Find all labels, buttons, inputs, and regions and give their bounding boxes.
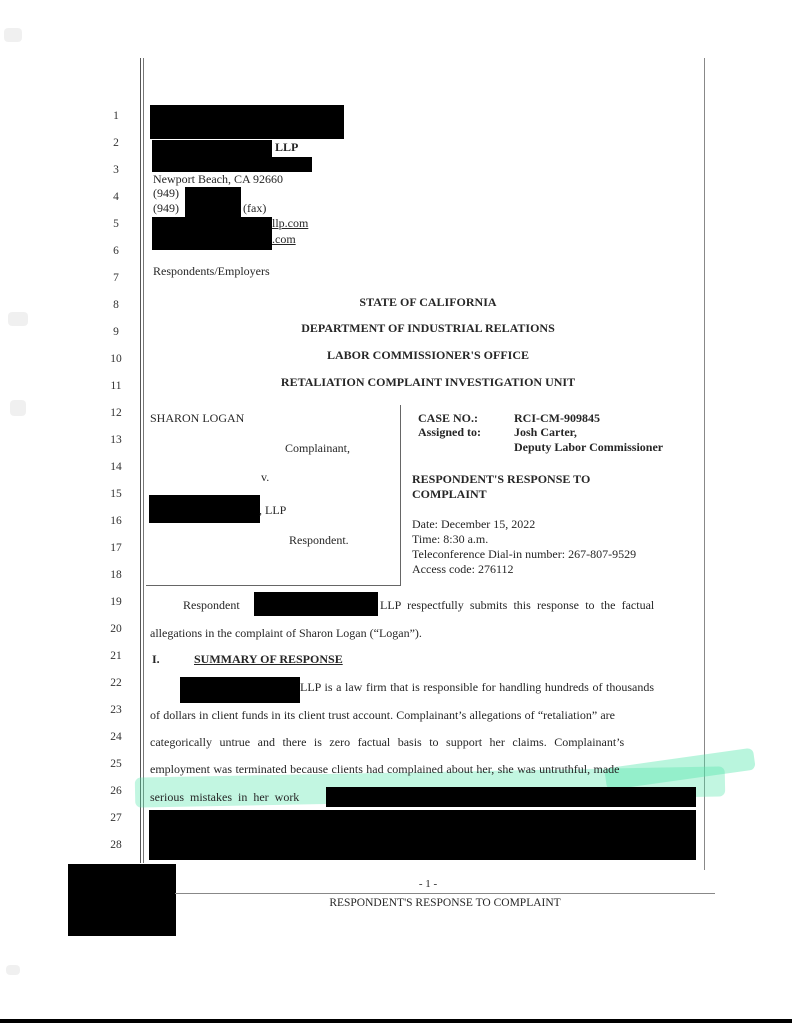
case-no-label: CASE NO.:	[418, 411, 478, 426]
line-20: allegations in the complaint of Sharon L…	[150, 626, 422, 641]
line-24: categorically untrue and there is zero f…	[150, 735, 624, 750]
party-label: Respondents/Employers	[153, 264, 270, 279]
line-23: of dollars in client funds in its client…	[150, 708, 615, 723]
assigned-label: Assigned to:	[418, 425, 481, 440]
agency-line-3: LABOR COMMISSIONER'S OFFICE	[150, 348, 706, 363]
scan-smudge	[8, 312, 28, 326]
line-25: employment was terminated because client…	[150, 762, 620, 777]
teleconference-number: Teleconference Dial-in number: 267-807-9…	[412, 547, 636, 562]
screen-bottom-edge	[0, 1019, 792, 1023]
section-number: I.	[152, 652, 160, 667]
line-number: 19	[104, 596, 128, 608]
case-no-value: RCI-CM-909845	[514, 411, 600, 426]
redaction-firm-line2	[152, 140, 272, 157]
line-number: 27	[104, 812, 128, 824]
line-number: 1	[104, 110, 128, 122]
line-number: 15	[104, 488, 128, 500]
respondent-label: Respondent.	[289, 533, 349, 548]
scan-smudge	[10, 400, 26, 416]
line-26: serious mistakes in her work	[150, 790, 299, 805]
line-number: 23	[104, 704, 128, 716]
line-19-end: LLP respectfully submits this response t…	[380, 598, 654, 613]
complainant-label: Complainant,	[285, 441, 350, 456]
line-number: 25	[104, 758, 128, 770]
document-title-line-2: COMPLAINT	[412, 487, 487, 502]
email-link-1[interactable]: llp.com	[272, 216, 308, 231]
agency-line-1: STATE OF CALIFORNIA	[150, 295, 706, 310]
line-number: 3	[104, 164, 128, 176]
line-number: 16	[104, 515, 128, 527]
line-number: 5	[104, 218, 128, 230]
redaction-firm-name-3	[180, 677, 300, 703]
line-number: 2	[104, 137, 128, 149]
line-number: 7	[104, 272, 128, 284]
firm-suffix: LLP	[275, 140, 298, 155]
complainant-name: SHARON LOGAN	[150, 411, 244, 426]
assigned-name: Josh Carter,	[514, 425, 577, 440]
line-number: 14	[104, 461, 128, 473]
document-title-line-1: RESPONDENT'S RESPONSE TO	[412, 472, 590, 487]
line-19-start: Respondent	[183, 598, 240, 613]
redaction-footer-stamp	[68, 864, 176, 936]
assigned-title: Deputy Labor Commissioner	[514, 440, 663, 455]
email-link-2[interactable]: .com	[272, 232, 296, 247]
line-number: 11	[104, 380, 128, 392]
line-number: 18	[104, 569, 128, 581]
firm-address: Newport Beach, CA 92660	[153, 172, 283, 187]
line-number: 8	[104, 299, 128, 311]
line-number: 6	[104, 245, 128, 257]
line-number: 17	[104, 542, 128, 554]
line-number: 13	[104, 434, 128, 446]
redaction-firm-name	[150, 105, 344, 139]
redaction-lines-27-28	[149, 810, 696, 860]
firm-fax-label: (949)	[153, 201, 179, 216]
redaction-phone-numbers	[185, 187, 241, 217]
footer-rule	[175, 893, 715, 894]
agency-line-4: RETALIATION COMPLAINT INVESTIGATION UNIT	[150, 375, 706, 390]
line-22: LLP is a law firm that is responsible fo…	[300, 680, 654, 695]
line-number: 28	[104, 839, 128, 851]
redaction-emails	[152, 217, 272, 250]
scan-smudge	[4, 28, 22, 42]
line-number: 10	[104, 353, 128, 365]
line-number: 12	[104, 407, 128, 419]
scan-smudge	[6, 965, 20, 975]
line-number: 22	[104, 677, 128, 689]
left-margin-rule-inner	[143, 58, 144, 863]
hearing-date: Date: December 15, 2022	[412, 517, 535, 532]
line-number: 24	[104, 731, 128, 743]
line-number: 4	[104, 191, 128, 203]
fax-suffix: (fax)	[243, 201, 266, 216]
redaction-street-address	[152, 157, 312, 172]
line-number: 21	[104, 650, 128, 662]
agency-line-2: DEPARTMENT OF INDUSTRIAL RELATIONS	[150, 321, 706, 336]
redaction-line-26	[326, 787, 696, 807]
line-number: 20	[104, 623, 128, 635]
redaction-respondent-name	[149, 495, 260, 523]
versus-label: v.	[261, 470, 269, 485]
respondent-suffix: , LLP	[259, 503, 286, 518]
right-margin-rule	[704, 58, 705, 870]
page-number: - 1 -	[150, 878, 706, 890]
line-number: 26	[104, 785, 128, 797]
firm-phone-label: (949)	[153, 186, 179, 201]
left-margin-rule	[140, 58, 141, 863]
access-code: Access code: 276112	[412, 562, 514, 577]
section-heading: SUMMARY OF RESPONSE	[194, 652, 343, 667]
footer-title: RESPONDENT'S RESPONSE TO COMPLAINT	[175, 897, 715, 909]
redaction-respondent-name-2	[254, 592, 378, 616]
line-number: 9	[104, 326, 128, 338]
hearing-time: Time: 8:30 a.m.	[412, 532, 488, 547]
